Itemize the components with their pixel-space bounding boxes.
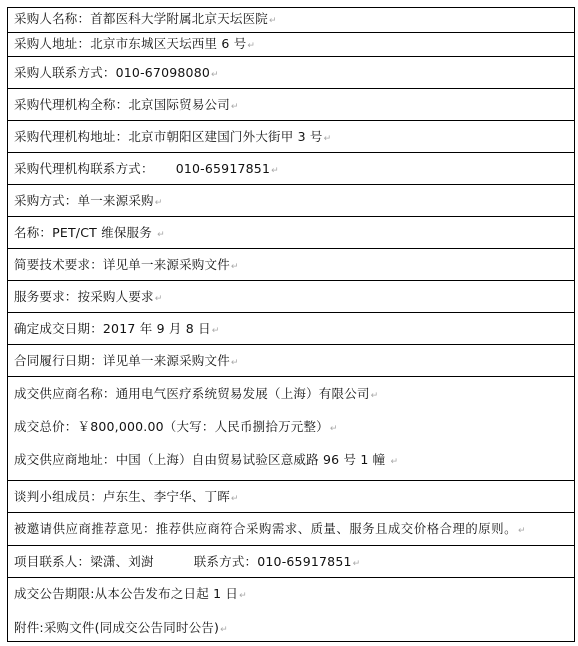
contact-persons: 梁潇、刘澍 (90, 554, 154, 569)
row-procurement-method: 采购方式：单一来源采购↵ (8, 185, 574, 217)
paragraph-mark-icon: ↵ (155, 198, 163, 208)
row-agency-name: 采购代理机构全称：北京国际贸易公司↵ (8, 89, 574, 121)
field-value: 010-67098080 (116, 65, 210, 80)
row-project-name: 名称：PET/CT 维保服务 ↵ (8, 217, 574, 249)
paragraph-mark-icon: ↵ (518, 526, 526, 536)
field-label: 被邀请供应商推荐意见： (14, 522, 156, 536)
row-supplier-block: 成交供应商名称：通用电气医疗系统贸易发展（上海）有限公司↵ 成交总价：￥800,… (8, 377, 574, 481)
paragraph-mark-icon: ↵ (211, 70, 219, 80)
field-label: 采购人地址： (14, 36, 90, 51)
field-label: 采购人联系方式： (14, 65, 116, 80)
field-value: 北京市东城区天坛西里 6 号 (90, 36, 246, 51)
field-label: 确定成交日期： (14, 321, 103, 336)
field-label: 合同履行日期： (14, 353, 103, 368)
paragraph-mark-icon: ↵ (231, 262, 239, 272)
paragraph-mark-icon: ↵ (155, 294, 163, 304)
field-label: 名称： (14, 225, 52, 240)
field-value: 通用电气医疗系统贸易发展（上海）有限公司 (116, 386, 370, 401)
attachment-line: 附件:采购文件(同成交公告同时公告)↵ (14, 620, 574, 638)
row-purchaser-name: 采购人名称：首都医科大学附属北京天坛医院↵ (8, 8, 574, 33)
notice-period-line: 成交公告期限:从本公告发布之日起 1 日↵ (14, 586, 574, 604)
paragraph-mark-icon: ↵ (231, 494, 239, 504)
field-value: 2017 年 9 月 8 日 (103, 321, 211, 336)
field-value: 详见单一来源采购文件 (103, 257, 230, 272)
paragraph-mark-icon: ↵ (353, 559, 361, 569)
field-label: 项目联系人： (14, 554, 90, 569)
attachment-link[interactable]: 采购文件(同成交公告同时公告) (44, 620, 219, 635)
paragraph-mark-icon: ↵ (231, 358, 239, 368)
field-label: 采购代理机构全称： (14, 97, 128, 112)
field-label: 服务要求： (14, 289, 78, 304)
paragraph-mark-icon: ↵ (157, 230, 165, 240)
field-label: 成交供应商名称： (14, 386, 116, 401)
field-label: 简要技术要求： (14, 257, 103, 272)
supplier-address-line: 成交供应商地址：中国（上海）自由贸易试验区意威路 96 号 1 幢 ↵ (14, 452, 574, 470)
row-technical-requirements: 简要技术要求：详见单一来源采购文件↵ (8, 249, 574, 281)
field-value: 中国（上海）自由贸易试验区意威路 96 号 1 幢 (116, 452, 390, 467)
row-purchaser-address: 采购人地址：北京市东城区天坛西里 6 号↵ (8, 33, 574, 57)
field-value: PET/CT 维保服务 (52, 225, 156, 240)
paragraph-mark-icon: ↵ (269, 16, 277, 26)
paragraph-mark-icon: ↵ (231, 102, 239, 112)
row-project-contact: 项目联系人：梁潇、刘澍联系方式：010-65917851↵ (8, 546, 574, 578)
field-value: 单一来源采购 (78, 193, 154, 208)
procurement-result-table: 采购人名称：首都医科大学附属北京天坛医院↵ 采购人地址：北京市东城区天坛西里 6… (7, 7, 575, 642)
paragraph-mark-icon: ↵ (247, 41, 255, 51)
paragraph-mark-icon: ↵ (239, 591, 247, 601)
row-contract-performance-date: 合同履行日期：详见单一来源采购文件↵ (8, 345, 574, 377)
field-label: 成交供应商地址： (14, 452, 116, 467)
field-value: 卢东生、李宁华、丁晖 (103, 489, 230, 504)
field-value: 首都医科大学附属北京天坛医院 (90, 11, 268, 26)
paragraph-mark-icon: ↵ (330, 424, 338, 434)
paragraph-mark-icon: ↵ (324, 134, 332, 144)
field-value: 从本公告发布之日起 1 日 (95, 586, 239, 601)
field-label: 联系方式： (194, 554, 258, 569)
field-value: ￥800,000.00（大写：人民币捌拾万元整） (78, 419, 329, 434)
row-service-requirements: 服务要求：按采购人要求↵ (8, 281, 574, 313)
row-negotiation-panel: 谈判小组成员：卢东生、李宁华、丁晖↵ (8, 481, 574, 513)
row-purchaser-contact: 采购人联系方式：010-67098080↵ (8, 57, 574, 89)
row-award-date: 确定成交日期：2017 年 9 月 8 日↵ (8, 313, 574, 345)
paragraph-mark-icon: ↵ (391, 457, 399, 467)
field-value: 010-65917851 (176, 161, 270, 176)
field-label: 采购代理机构联系方式： (14, 161, 154, 176)
contact-phone: 010-65917851 (257, 554, 351, 569)
field-label: 成交总价： (14, 419, 78, 434)
field-label: 谈判小组成员： (14, 489, 103, 504)
field-value: 北京市朝阳区建国门外大街甲 3 号 (128, 129, 322, 144)
field-value: 北京国际贸易公司 (128, 97, 230, 112)
field-label: 成交公告期限: (14, 586, 95, 601)
row-agency-contact: 采购代理机构联系方式：010-65917851↵ (8, 153, 574, 185)
supplier-name-line: 成交供应商名称：通用电气医疗系统贸易发展（上海）有限公司↵ (14, 386, 574, 404)
field-value: 推荐供应商符合采购需求、质量、服务且成交价格合理的原则。 (156, 522, 517, 536)
field-label: 采购方式： (14, 193, 78, 208)
paragraph-mark-icon: ↵ (271, 166, 279, 176)
field-label: 采购代理机构地址： (14, 129, 128, 144)
row-recommendation: 被邀请供应商推荐意见：推荐供应商符合采购需求、质量、服务且成交价格合理的原则。↵ (8, 513, 574, 546)
field-value: 详见单一来源采购文件 (103, 353, 230, 368)
field-label: 采购人名称： (14, 11, 90, 26)
paragraph-mark-icon: ↵ (371, 391, 379, 401)
award-price-line: 成交总价：￥800,000.00（大写：人民币捌拾万元整）↵ (14, 419, 574, 437)
field-label: 附件: (14, 620, 44, 635)
field-value: 按采购人要求 (78, 289, 154, 304)
row-agency-address: 采购代理机构地址：北京市朝阳区建国门外大街甲 3 号↵ (8, 121, 574, 153)
row-notice-block: 成交公告期限:从本公告发布之日起 1 日↵ 附件:采购文件(同成交公告同时公告)… (8, 578, 574, 641)
paragraph-mark-icon: ↵ (212, 326, 220, 336)
paragraph-mark-icon: ↵ (220, 625, 228, 635)
